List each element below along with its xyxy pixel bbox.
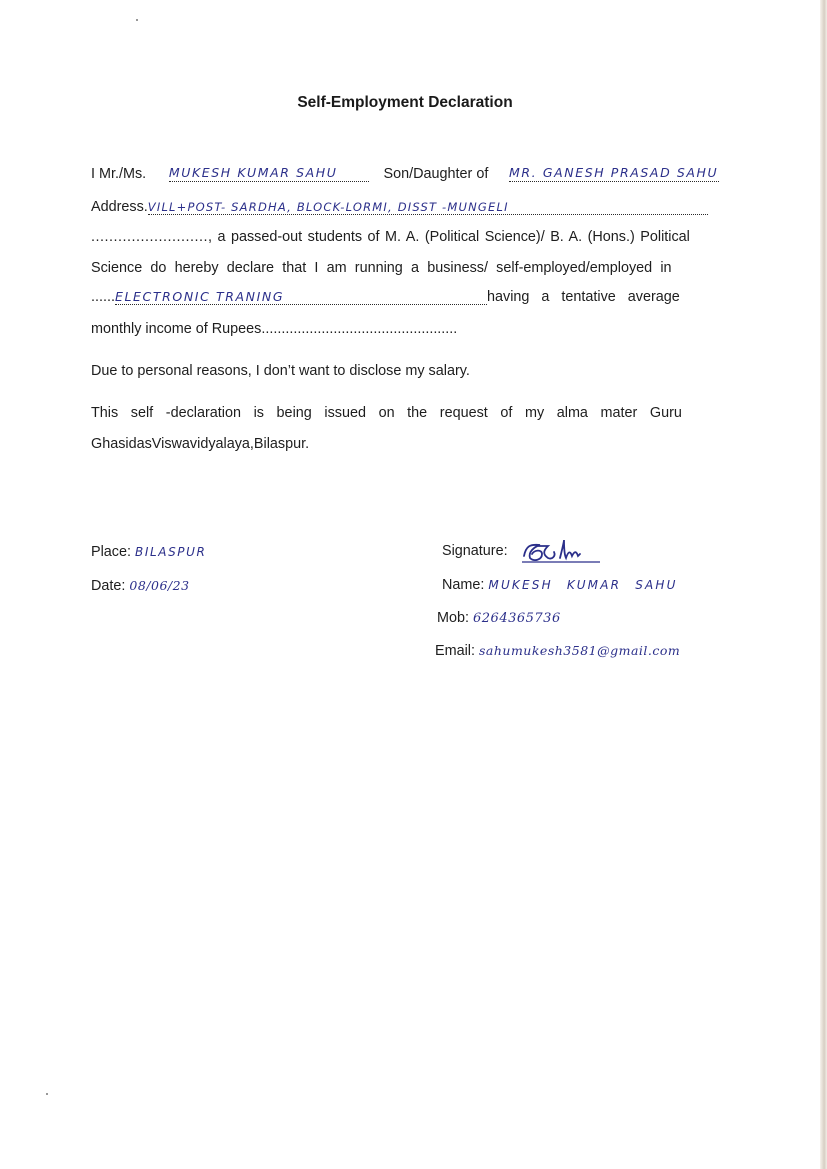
line-address: Address.VILL+POST- SARDHA, BLOCK-LORMI, … — [91, 199, 708, 215]
email-row: Email: sahumukesh3581@gmail.com — [435, 643, 680, 659]
address-value: VILL+POST- SARDHA, BLOCK-LORMI, DISST -M… — [148, 200, 509, 214]
employment-prefix-dots: ...... — [91, 289, 115, 305]
email-label: Email: — [435, 643, 475, 659]
education-text: , a passed-out students of M. A. (Politi… — [208, 229, 690, 245]
date-label: Date: — [91, 578, 125, 594]
mob-row: Mob: 6264365736 — [437, 610, 561, 626]
line-education: .........................., a passed-out… — [91, 229, 690, 245]
income-dots: ........................................… — [261, 321, 457, 337]
salary-disclosure-text: Due to personal reasons, I don’t want to… — [91, 363, 470, 379]
guardian-name-field: MR. GANESH PRASAD SAHU — [509, 166, 719, 182]
income-label: monthly income of Rupees — [91, 321, 261, 337]
page-title: Self-Employment Declaration — [0, 94, 810, 112]
line-name: I Mr./Ms. MUKESH KUMAR SAHU Son/Daughter… — [91, 166, 719, 182]
email-value: sahumukesh3581@gmail.com — [479, 643, 680, 658]
salutation-label: I Mr./Ms. — [91, 166, 146, 182]
address-continuation-dots: .......................... — [91, 229, 208, 245]
guardian-name-value: MR. GANESH PRASAD SAHU — [509, 165, 718, 180]
date-row: Date: 08/06/23 — [91, 578, 190, 594]
place-row: Place: BILASPUR — [91, 544, 206, 560]
place-label: Place: — [91, 544, 131, 560]
scan-speck — [46, 1093, 48, 1095]
request-text-line1: This self -declaration is being issued o… — [91, 405, 682, 421]
place-value: BILASPUR — [135, 545, 206, 559]
employment-field: ELECTRONIC TRANING — [115, 290, 487, 305]
address-field: VILL+POST- SARDHA, BLOCK-LORMI, DISST -M… — [148, 200, 708, 215]
mob-value: 6264365736 — [473, 611, 561, 626]
scan-edge-artifact — [820, 0, 827, 1169]
line-employment: ......ELECTRONIC TRANINGhaving a tentati… — [91, 289, 680, 305]
name-row: Name: MUKESH KUMAR SAHU — [442, 577, 678, 593]
date-value: 08/06/23 — [129, 578, 189, 593]
request-text-line2: GhasidasViswavidyalaya,Bilaspur. — [91, 436, 309, 452]
mob-label: Mob: — [437, 610, 469, 626]
name-label: Name: — [442, 577, 484, 593]
applicant-name-value: MUKESH KUMAR SAHU — [169, 165, 338, 180]
signature-label: Signature: — [442, 543, 508, 559]
employment-value: ELECTRONIC TRANING — [115, 289, 284, 304]
address-label: Address. — [91, 199, 148, 215]
scan-speck — [136, 19, 138, 21]
name-value: MUKESH KUMAR SAHU — [488, 578, 677, 592]
line-declaration: Science do hereby declare that I am runn… — [91, 260, 672, 276]
relation-label: Son/Daughter of — [384, 166, 489, 182]
signature-mark — [520, 538, 602, 566]
applicant-name-field: MUKESH KUMAR SAHU — [169, 166, 369, 182]
employment-suffix: having a tentative average — [487, 289, 680, 305]
line-income: monthly income of Rupees................… — [91, 321, 457, 337]
